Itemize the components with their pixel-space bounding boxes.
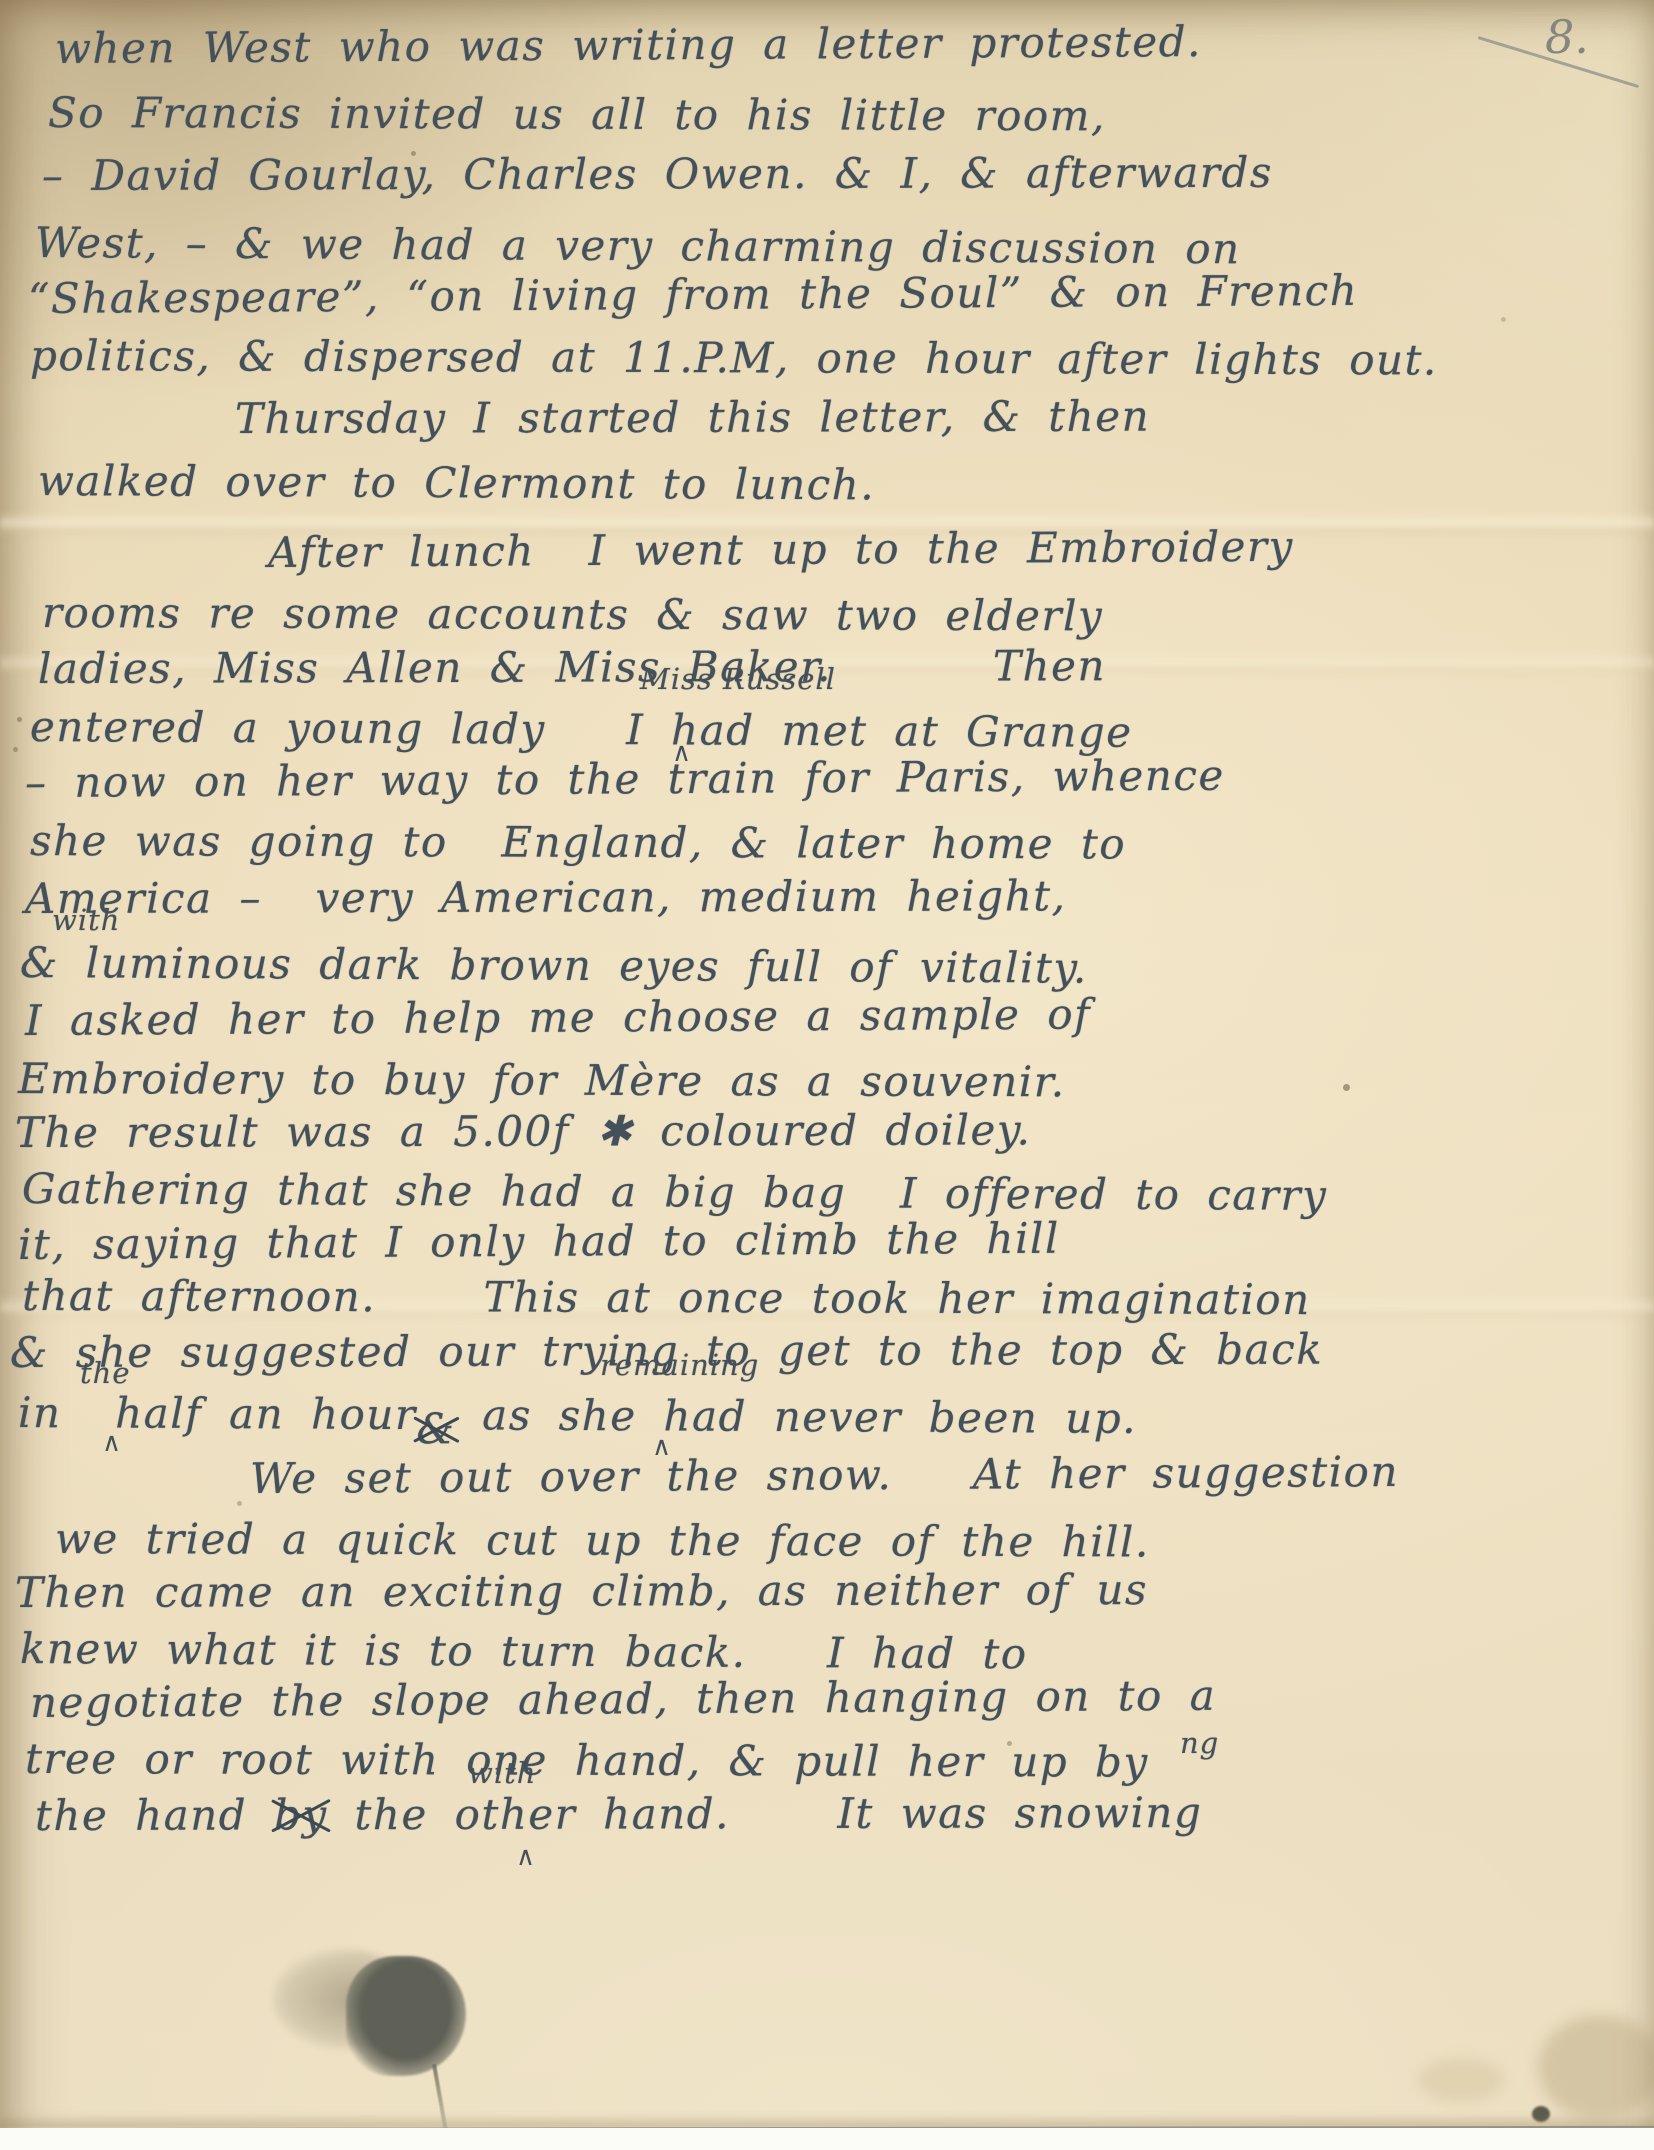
paper-sheet: 8. when West who was writing a letter pr…	[0, 0, 1654, 2150]
letter-line: rooms re some accounts & saw two elderly	[42, 592, 1103, 637]
line-text: the other hand. It was snowing	[328, 1788, 1203, 1839]
line-text: in half an hour	[18, 1388, 417, 1439]
letter-line: – David Gourlay, Charles Owen. & I, & af…	[42, 152, 1273, 197]
letter-line: knew what it is to turn back. I had to	[20, 1628, 1028, 1675]
letter-line: it, saying that I only had to climb the …	[18, 1218, 1060, 1266]
letter-line: Embroidery to buy for Mère as a souvenir…	[18, 1058, 1066, 1103]
insertion-note: remaining	[600, 1348, 759, 1382]
letter-line: America – very American, medium height,	[25, 875, 1067, 920]
caret-mark: ∧	[516, 1842, 535, 1872]
insertion-note: with	[52, 903, 120, 937]
insertion-note: the	[80, 1356, 131, 1390]
letter-line: negotiate the slope ahead, then hanging …	[30, 1675, 1217, 1724]
letter-line: Then came an exciting climb, as neither …	[15, 1569, 1148, 1614]
letter-line: So Francis invited us all to his little …	[48, 92, 1106, 137]
letter-line: she was going to England, & later home t…	[30, 820, 1126, 865]
letter-line: The result was a 5.00f ✱ coloured doiley…	[15, 1109, 1031, 1154]
letter-line: entered a young lady I had met at Grange	[30, 706, 1133, 754]
letter-scan: 8. when West who was writing a letter pr…	[0, 0, 1654, 2150]
letter-line: walked over to Clermont to lunch.	[38, 460, 875, 506]
scan-background-strip	[0, 2128, 1654, 2150]
insertion-note: ng	[1180, 1726, 1219, 1760]
letter-line: “Shakespeare”, “on living from the Soul”…	[28, 270, 1358, 320]
paper-stain	[1538, 2015, 1654, 2120]
letter-line: I asked her to help me choose a sample o…	[25, 993, 1091, 1042]
letter-line: when West who was writing a letter prote…	[55, 21, 1202, 70]
insertion-note: with	[468, 1756, 536, 1790]
letter-line: Thursday I started this letter, & then	[235, 396, 1150, 440]
letter-line: Gathering that she had a big bag I offer…	[22, 1168, 1327, 1217]
line-text: as she had never been up.	[455, 1390, 1137, 1443]
letter-body: when West who was writing a letter prote…	[0, 0, 1654, 2150]
paper-stain	[1418, 2058, 1504, 2102]
letter-line: that afternoon. This at once took her im…	[22, 1275, 1311, 1321]
letter-line: politics, & dispersed at 11.P.M, one hou…	[30, 335, 1438, 381]
letter-line: West, – & we had a very charming discuss…	[35, 222, 1241, 270]
caret-mark: ∧	[102, 1428, 121, 1458]
insertion-note: Miss Russell	[640, 662, 836, 696]
letter-line: in half an hour& as she had never been u…	[18, 1392, 1137, 1440]
letter-line: tree or root with one hand, & pull her u…	[25, 1738, 1149, 1784]
caret-mark: ∧	[652, 1432, 671, 1462]
struck-word: by	[274, 1794, 328, 1836]
struck-word: &	[416, 1408, 455, 1450]
letter-line: We set out over the snow. At her suggest…	[250, 1451, 1399, 1500]
caret-mark: ∧	[672, 738, 691, 768]
letter-line: we tried a quick cut up the face of the …	[55, 1518, 1150, 1563]
letter-line: After lunch I went up to the Embroidery	[268, 526, 1294, 574]
letter-line: the hand by the other hand. It was snowi…	[35, 1792, 1202, 1837]
letter-line: – now on her way to the train for Paris,…	[25, 755, 1225, 804]
line-text: the hand	[35, 1790, 274, 1840]
letter-line: ladies, Miss Allen & Miss Baker. Then	[38, 645, 1106, 690]
letter-line: & luminous dark brown eyes full of vital…	[20, 942, 1088, 990]
